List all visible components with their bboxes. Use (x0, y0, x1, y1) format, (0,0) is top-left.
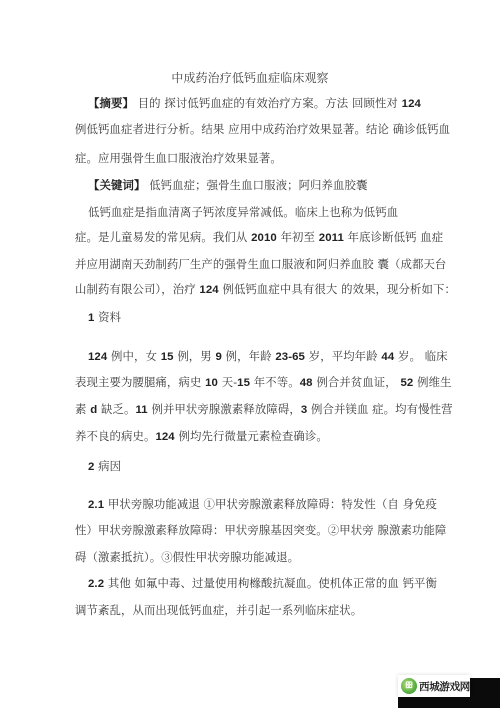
text: 例中，女 (107, 349, 160, 363)
abstract-label: 【摘要】 (88, 96, 134, 110)
value: 23-65 (275, 351, 305, 363)
watermark-underbar (398, 697, 470, 708)
value: 11 (135, 404, 147, 416)
year-start: 2010 (251, 232, 277, 244)
year-end: 2011 (319, 232, 344, 244)
text: 症。是儿童易发的常见病。我们从 (75, 230, 251, 244)
watermark-shadow (470, 678, 500, 708)
section-1-line-4: 养不良的病史。124 例均先行微量元素检查确诊。 (75, 429, 435, 444)
section-2-heading: 2 病因 (88, 459, 448, 474)
case-count: 124 (199, 284, 218, 296)
intro-line-1: 低钙血症是指血清离子钙浓度异常减低。临床上也称为低钙血 (88, 205, 448, 219)
abstract-text: 目的 探讨低钙血症的有效治疗方案。方法 回顾性对 (134, 96, 402, 110)
document-title: 中成药治疗低钙血症临床观察 (0, 71, 500, 85)
text: 岁，平均年龄 (305, 349, 381, 363)
text: 例均先行微量元素检查确诊。 (175, 429, 328, 443)
value: 52 (401, 377, 414, 389)
value: 124 (155, 431, 174, 443)
section-2-1-line-1: 2.1 甲状旁腺功能减退 ①甲状旁腺激素释放障碍：特发性（自 身免疫 (88, 497, 448, 512)
section-title: 资料 (94, 310, 121, 324)
text: 缺乏。 (97, 402, 135, 416)
subsection-number: 2.2 (88, 578, 104, 590)
text: 养不良的病史。 (75, 429, 155, 443)
section-2-2-line-2: 调节紊乱，从而出现低钙血症，并引起一系列临床症状。 (75, 603, 435, 617)
text: 例，年龄 (222, 349, 275, 363)
section-2-1-line-2: 性）甲状旁腺激素释放障碍：甲状旁腺基因突变。②甲状旁 腺激素功能障 (75, 523, 435, 537)
keywords-label: 【关键词】 (88, 178, 145, 192)
section-2-1-line-3: 碍（激素抵抗）。③假性甲状旁腺功能减退。 (75, 550, 435, 564)
text: 例合并镁血 症。均有慢性营 (307, 402, 452, 416)
text: 例维生 (413, 375, 451, 389)
section-2-2-line-1: 2.2 其他 如氟中毒、过量使用枸橼酸抗凝血。使机体正常的血 钙平衡 (88, 576, 448, 591)
watermark-badge: ꕥ 西城游戏网 (398, 675, 470, 697)
watermark-text: 西城游戏网 (419, 679, 470, 694)
value: 10 (205, 377, 218, 389)
text: 天- (218, 375, 237, 389)
value: 15 (161, 351, 174, 363)
text: 例合并贫血证， (313, 375, 401, 389)
value: 48 (300, 377, 313, 389)
text: 山制药有限公司），治疗 (75, 282, 199, 296)
site-watermark: ꕥ 西城游戏网 (398, 672, 500, 708)
text: 年底诊断低钙 血症 (344, 230, 443, 244)
section-1-heading: 1 资料 (88, 310, 448, 325)
section-1-line-1: 124 例中，女 15 例，男 9 例，年龄 23-65 岁，平均年龄 44 岁… (88, 349, 448, 364)
subsection-number: 2.1 (88, 499, 104, 511)
section-title: 病因 (94, 459, 121, 473)
leaf-logo-icon: ꕥ (401, 678, 417, 694)
abstract-number: 124 (402, 98, 421, 110)
text: 年初至 (277, 230, 319, 244)
value: 44 (381, 351, 394, 363)
section-1-line-2: 表现主要为腰腿痛，病史 10 天-15 年不等。48 例合并贫血证， 52 例维… (75, 375, 435, 390)
document-page: 中成药治疗低钙血症临床观察 【摘要】 目的 探讨低钙血症的有效治疗方案。方法 回… (0, 0, 500, 708)
text: 岁。 临床 (394, 349, 447, 363)
text: 年不等。 (250, 375, 300, 389)
intro-line-2: 症。是儿童易发的常见病。我们从 2010 年初至 2011 年底诊断低钙 血症 (75, 230, 435, 245)
text: 素 (75, 402, 90, 416)
text: 例并甲状旁腺激素释放障碍， (148, 402, 301, 416)
keywords-line: 【关键词】 低钙血症；强骨生血口服液；阿归养血胶囊 (88, 178, 448, 192)
abstract-line-1: 【摘要】 目的 探讨低钙血症的有效治疗方案。方法 回顾性对 124 (88, 96, 448, 111)
text: 甲状旁腺功能减退 ①甲状旁腺激素释放障碍：特发性（自 身免疫 (104, 497, 437, 511)
abstract-line-3: 症。应用强骨生血口服液治疗效果显著。 (75, 151, 435, 165)
value: 15 (237, 377, 250, 389)
intro-line-4: 山制药有限公司），治疗 124 例低钙血症中具有很大 的效果，现分析如下： (75, 282, 435, 297)
value: 124 (88, 351, 107, 363)
section-1-line-3: 素 d 缺乏。11 例并甲状旁腺激素释放障碍，3 例合并镁血 症。均有慢性营 (75, 402, 435, 417)
text: 其他 如氟中毒、过量使用枸橼酸抗凝血。使机体正常的血 钙平衡 (104, 576, 437, 590)
abstract-line-2: 例低钙血症者进行分析。结果 应用中成药治疗效果显著。结论 确诊低钙血 (75, 122, 435, 136)
intro-line-3: 并应用湖南天劲制药厂生产的强骨生血口服液和阿归养血胶 囊（成都天台 (75, 257, 435, 271)
text: 例，男 (174, 349, 216, 363)
text: 表现主要为腰腿痛，病史 (75, 375, 205, 389)
keywords-text: 低钙血症；强骨生血口服液；阿归养血胶囊 (145, 178, 367, 192)
text: 例低钙血症中具有很大 的效果，现分析如下： (219, 282, 456, 296)
